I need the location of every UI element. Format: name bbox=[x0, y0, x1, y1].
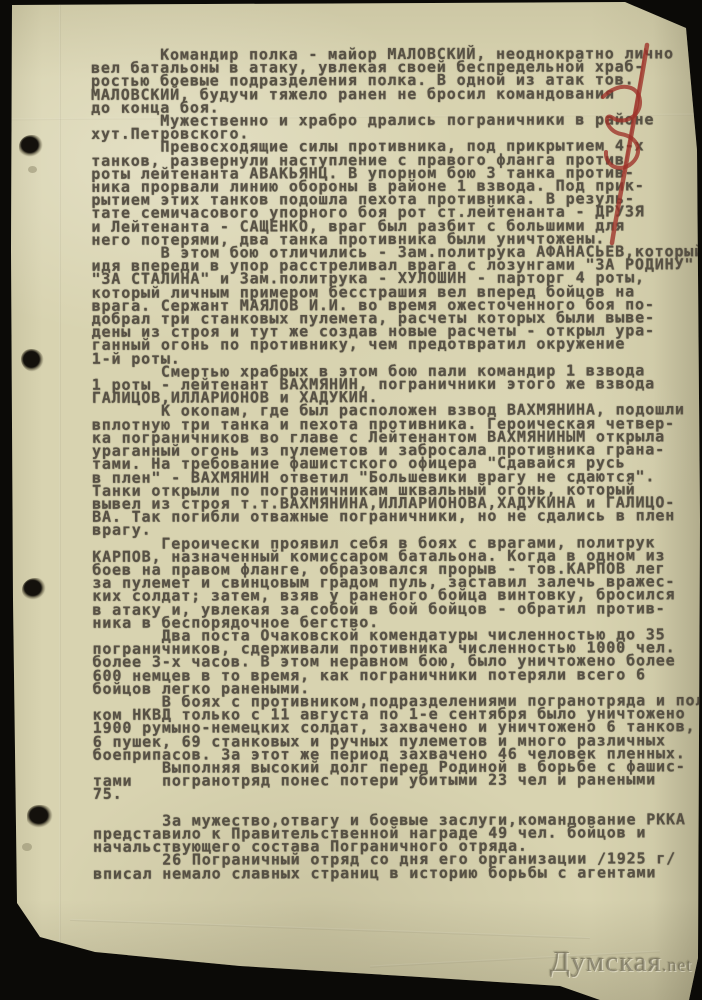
paper-dent bbox=[22, 843, 32, 851]
red-pencil-mark bbox=[585, 35, 675, 250]
punch-hole bbox=[21, 349, 44, 372]
punch-hole bbox=[19, 135, 43, 157]
punch-hole bbox=[27, 805, 53, 828]
crease-line bbox=[70, 919, 590, 939]
crease-line bbox=[59, 0, 61, 1000]
punch-hole bbox=[22, 578, 46, 600]
watermark-name: Думская bbox=[550, 946, 662, 978]
watermark-suffix: .net bbox=[662, 955, 693, 975]
scanned-document-page: Командир полка - майор МАЛОВСКИЙ, неодно… bbox=[0, 0, 702, 1000]
site-watermark: Думская.net bbox=[550, 946, 692, 979]
paper-dent bbox=[28, 166, 37, 173]
